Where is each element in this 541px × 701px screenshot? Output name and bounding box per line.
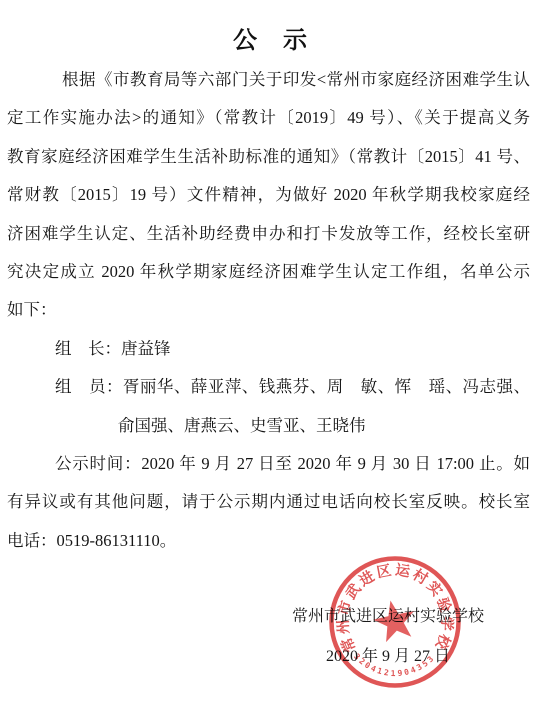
signature-block: 常州市武进区运村实验学校 2020 年 9 月 27 日 [250, 597, 526, 676]
roster-members-line-2: 俞国强、唐燕云、史雪亚、王晓伟 [7, 407, 530, 445]
notice-period-line-2: 有异议或有其他问题，请于公示期内通过电话向校长室反映。校长室 [7, 483, 530, 521]
intro-line-2: 定工作实施办法>的通知》（常教计〔2019〕49 号）、《关于提高义务 [7, 99, 530, 137]
roster-leader-line: 组 长：唐益锋 [7, 330, 530, 368]
public-notice-document: 公 示 根据《市教育局等六部门关于印发<常州市家庭经济困难学生认 定工作实施办法… [0, 0, 541, 701]
signature-school-name: 常州市武进区运村实验学校 [250, 597, 526, 637]
signature-date: 2020 年 9 月 27 日 [250, 637, 526, 677]
notice-body: 根据《市教育局等六部门关于印发<常州市家庭经济困难学生认 定工作实施办法>的通知… [7, 61, 530, 560]
notice-title: 公 示 [0, 26, 541, 56]
roster-members-line-1: 组 员：胥丽华、薛亚萍、钱燕芬、周 敏、恽 瑶、冯志强、 [7, 368, 530, 406]
intro-line-7: 如下： [7, 291, 530, 329]
intro-line-1: 根据《市教育局等六部门关于印发<常州市家庭经济困难学生认 [7, 61, 530, 99]
intro-line-3: 教育家庭经济困难学生生活补助标准的通知》（常教计〔2015〕41 号、 [7, 138, 530, 176]
contact-phone-line: 电话：0519-86131110。 [7, 522, 530, 560]
intro-line-4: 常财教〔2015〕19 号）文件精神，为做好 2020 年秋学期我校家庭经 [7, 176, 530, 214]
intro-line-6: 究决定成立 2020 年秋学期家庭经济困难学生认定工作组，名单公示 [7, 253, 530, 291]
notice-period-line-1: 公示时间：2020 年 9 月 27 日至 2020 年 9 月 30 日 17… [7, 445, 530, 483]
intro-line-5: 济困难学生认定、生活补助经费申办和打卡发放等工作，经校长室研 [7, 215, 530, 253]
